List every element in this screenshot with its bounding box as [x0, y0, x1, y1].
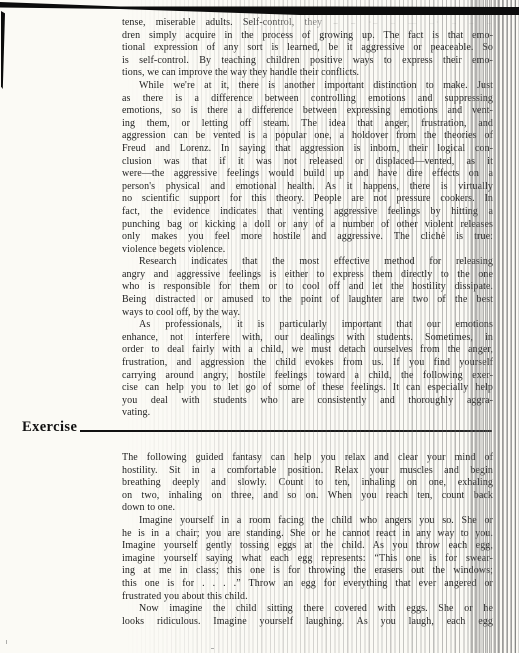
paragraph: The following guided fantasy can help yo…: [122, 452, 493, 515]
paragraph: Research indicates that the most effecti…: [122, 256, 493, 319]
section-heading: Exercise: [22, 419, 77, 436]
text-line: punching bag or kicking a doll or any of…: [122, 219, 493, 232]
text-line: carrying around angry, hostile feelings …: [122, 370, 493, 383]
scan-top-band: [0, 0, 519, 22]
book-page: tense, miserable adults. Self-control, t…: [0, 0, 519, 653]
text-line: hostility. Sit in a comfortable position…: [122, 465, 493, 478]
text-line: fact, the evidence indicates that ventin…: [122, 206, 493, 219]
text-line: person's physical and emotional health. …: [122, 181, 493, 194]
text-line: frustration, and aggression the child ev…: [122, 357, 493, 370]
text-line: as there is a difference between control…: [122, 93, 493, 106]
body-text-lower: The following guided fantasy can help yo…: [122, 452, 493, 628]
text-line: angry and aggressive feelings is either …: [122, 269, 493, 282]
text-line: cise can help you to let go of some of t…: [122, 382, 493, 395]
text-line: only makes you feel more hostile and agg…: [122, 231, 493, 244]
text-line: Research indicates that the most effecti…: [122, 256, 493, 269]
text-line: order to deal fairly with a child, we mu…: [122, 344, 493, 357]
text-line: As professionals, it is particularly imp…: [122, 319, 493, 332]
paragraph: tense, miserable adults. Self-control, t…: [122, 17, 493, 80]
text-line: breathing deeply and slowly. Count to te…: [122, 477, 493, 490]
text-line: frustrated you about this child.: [122, 591, 493, 604]
text-line: ing them, or letting off steam. The idea…: [122, 118, 493, 131]
paragraph: Now imagine the child sitting there cove…: [122, 603, 493, 628]
text-line: dren simply acquire in the process of gr…: [122, 30, 493, 43]
heading-rule: [80, 430, 492, 432]
scan-speck: [6, 640, 7, 644]
text-line: enhance, not interfere with, our dealing…: [122, 332, 493, 345]
scan-speck: [211, 648, 214, 649]
text-line: looks ridiculous. Imagine yourself laugh…: [122, 616, 493, 629]
text-line: While we're at it, there is another impo…: [122, 80, 493, 93]
exercise-heading-row: Exercise: [22, 418, 493, 436]
scan-left-edge-mark: [1, 11, 5, 89]
paragraph: While we're at it, there is another impo…: [122, 80, 493, 256]
body-text-upper: tense, miserable adults. Self-control, t…: [122, 17, 493, 420]
text-line: Being distracted or amused to the point …: [122, 294, 493, 307]
text-line: down to one.: [122, 502, 493, 515]
text-line: ways to cool off, by the way.: [122, 307, 493, 320]
text-line: aggression can be vented is a popular on…: [122, 130, 493, 143]
paragraph: Imagine yourself in a room facing the ch…: [122, 515, 493, 603]
text-line: tions, we can improve the way they handl…: [122, 67, 493, 80]
text-line: he is in a chair; you are standing. She …: [122, 528, 493, 541]
text-line: no scientific support for this theory. P…: [122, 193, 493, 206]
text-line: were—the aggressive feelings would build…: [122, 168, 493, 181]
paragraph: As professionals, it is particularly imp…: [122, 319, 493, 420]
text-line: tional expression of any sort is learned…: [122, 42, 493, 55]
text-line: Freud and Lorenz. In saying that aggress…: [122, 143, 493, 156]
text-line: who is responsible for them or to cool o…: [122, 281, 493, 294]
text-line: is self-control. By teaching children po…: [122, 55, 493, 68]
text-line: Imagine yourself gently tossing eggs at …: [122, 540, 493, 553]
text-line: ing at me in class; this one is for thro…: [122, 565, 493, 578]
text-line: on two, inhaling on three, and so on. Wh…: [122, 490, 493, 503]
text-line: emotions, so is there a difference betwe…: [122, 105, 493, 118]
text-line: you deal with students who are consisten…: [122, 395, 493, 408]
text-line: The following guided fantasy can help yo…: [122, 452, 493, 465]
text-line: Now imagine the child sitting there cove…: [122, 603, 493, 616]
text-line: Imagine yourself in a room facing the ch…: [122, 515, 493, 528]
text-line: this one is for . . . .” Throw an egg fo…: [122, 578, 493, 591]
text-line: clusion was that if it was not released …: [122, 156, 493, 169]
text-line: imagine yourself saying what each egg re…: [122, 553, 493, 566]
text-line: violence begets violence.: [122, 244, 493, 257]
